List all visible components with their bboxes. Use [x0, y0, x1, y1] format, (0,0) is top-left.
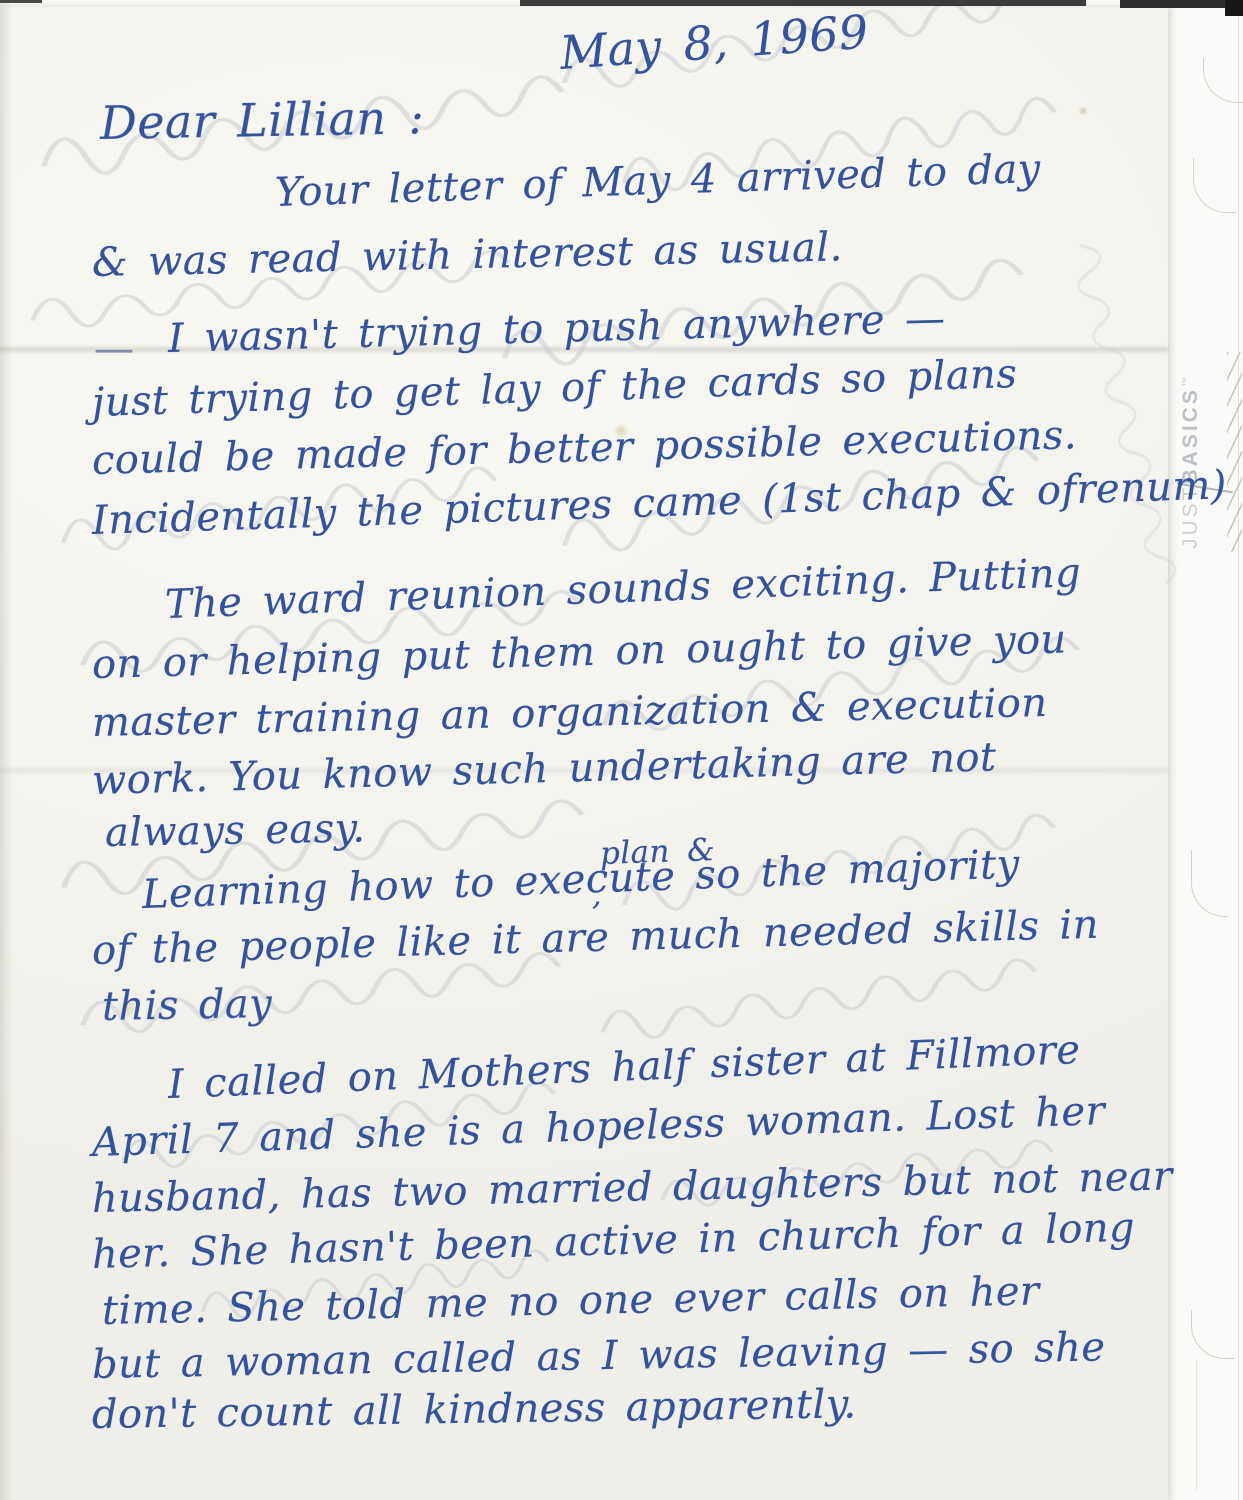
backing-sheet-notch: [1203, 58, 1243, 103]
backing-sheet-edge-line: [1238, 14, 1239, 1500]
backing-sheet-notch: [1191, 850, 1228, 917]
scanned-letter-page: JUSTBASICS™: [0, 0, 1243, 1500]
letter-line: always easy.: [105, 805, 366, 856]
paper-left-shadow: [0, 0, 12, 1500]
perforation-ticks: [1227, 352, 1242, 552]
backing-sheet-notch: [1193, 158, 1236, 213]
letter-line: this day: [102, 981, 273, 1030]
margin-dash: —: [94, 326, 134, 372]
paper-stain: [1078, 106, 1088, 116]
scan-edge-corner: [1225, 0, 1243, 16]
backing-sheet-fold-line: [1196, 1360, 1197, 1490]
backing-sheet-notch: [1191, 1310, 1234, 1359]
scan-edge-dash: [0, 0, 42, 3]
scan-edge-bar: [520, 0, 1086, 6]
letter-salutation: Dear Lillian :: [100, 90, 425, 150]
trademark-symbol: ™: [1181, 377, 1192, 387]
